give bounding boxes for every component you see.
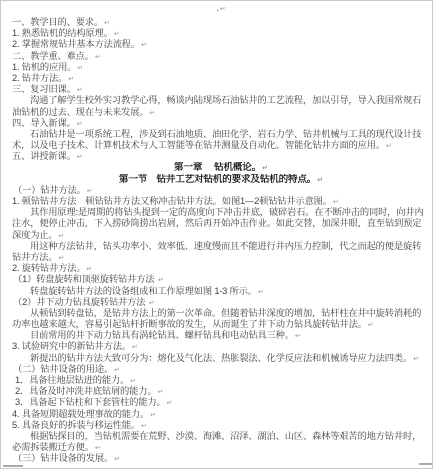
line-text: 五、讲授新课。 (12, 151, 76, 161)
document-text-block: .↵一、教学目的、要求。↵1. 熟悉钻机的结构原理。↵2. 掌握常规钻井基本方法… (1, 1, 432, 465)
text-line: 石油钻井是一项系统工程，涉及到石油地质、油田化学、岩石力学、钻井机械与工具的现代… (12, 129, 430, 140)
text-line: 三、复习旧课。↵ (12, 84, 430, 95)
paragraph-mark-icon: ↵ (258, 289, 264, 296)
text-line: 二、教学重、难点。↵ (12, 51, 430, 62)
line-text: 4. 具备短期超载处理事故的能力。 (12, 409, 149, 419)
line-text: 石油钻井是一项系统工程，涉及到石油地质、油田化学、岩石力学、钻井机械与工具的现代… (30, 129, 421, 139)
page-break-fragment-right (419, 463, 432, 465)
line-text: 1. 钻机的应用。 (12, 62, 76, 72)
paragraph-mark-icon: ↵ (167, 400, 173, 407)
document-page[interactable]: .↵一、教学目的、要求。↵1. 熟悉钻机的结构原理。↵2. 掌握常规钻井基本方法… (0, 0, 433, 469)
text-line: （三）钻井设备的发展。↵ (12, 453, 430, 464)
line-text: 其作用原理:是周期的将钻头提到一定的高度向下冲击井底，破碎岩石。在不断冲击的同时… (30, 207, 424, 217)
line-text: 从顿钻到转盘钻，是钻井方法上的第一次革命。但随着钻井深度的增加，钻杆柱在井中旋转… (30, 308, 421, 318)
text-line: 五、讲授新课。↵ (12, 151, 430, 162)
line-text: 3. 试验研究中的新钻井方法。 (12, 341, 131, 351)
text-line: 1. 熟悉钻机的结构原理。↵ (12, 28, 430, 39)
paragraph-mark-icon: ↵ (59, 233, 65, 240)
line-text: . (216, 3, 218, 13)
paragraph-mark-icon: ↵ (141, 42, 147, 49)
paragraph-mark-icon: ↵ (130, 378, 136, 385)
paragraph-mark-icon: ↵ (132, 344, 138, 351)
paragraph-mark-icon: ↵ (95, 54, 101, 61)
line-text: 二、教学重、难点。 (12, 51, 94, 61)
text-line: 功率也越来越大，容易引起钻杆折断事故的发生，从而诞生了井下动力钻具旋转钻井法。↵ (12, 319, 430, 330)
line-text: （一）钻井方法。 (13, 185, 86, 195)
line-text: 1. 顿钻钻井方法 顿钻钻井方法又称冲击钻井方法。如图1—2顿钻钻井示意图。 (12, 196, 332, 206)
line-text: （1）转盘旋转和顶驱旋转钻井方法 (13, 274, 157, 284)
heading-line: 第一节 钻井工艺对钻机的要求及钻机的特点。↵ (12, 174, 430, 185)
line-text: 1．具备往地层钻进的能力。 (15, 375, 129, 385)
text-line: 四、导入新课。↵ (12, 118, 430, 129)
text-line: 3. 试验研究中的新钻井方法。↵ (12, 341, 430, 352)
text-line: （1）转盘旋转和顶驱旋转钻井方法 ↵ (12, 274, 430, 285)
paragraph-mark-icon: ↵ (149, 110, 155, 117)
text-line: 2. 旋转钻井方法。↵ (12, 263, 430, 274)
line-text: 沟通了解学生校外实习教学心得，畅谈内陆现场石油钻井的工艺流程，加以引导，导入我国… (30, 95, 421, 105)
text-line: 其作用原理:是周期的将钻头提到一定的高度向下冲击井底，破碎岩石。在不断冲击的同时… (12, 207, 430, 218)
text-line: .↵ (12, 1, 430, 17)
paragraph-mark-icon: ↵ (86, 266, 92, 273)
line-text: （三）钻井设备的发展。 (13, 453, 113, 463)
paragraph-mark-icon: ↵ (87, 188, 93, 195)
paragraph-mark-icon: ↵ (114, 31, 120, 38)
line-text: 用这种方法钻井，钻头功率小、效率低、速度慢而且不能进行井内压力控制，代之而起的便… (30, 241, 421, 251)
line-text: 功率也越来越大，容易引起钻杆折断事故的发生，从而诞生了井下动力钻具旋转钻井法。 (12, 319, 367, 329)
text-line: 2. 钻井方法。↵ (12, 73, 430, 84)
paragraph-mark-icon: ↵ (59, 255, 65, 262)
line-text: 5. 具备良好的拆装与移运性能。 (12, 420, 140, 430)
text-line: 注水，便停止冲击，下入捞砂筒捞出岩屑，然后再开始冲击作业。如此交替，加深井眼，直… (12, 218, 430, 229)
line-text: 2. 掌握常规钻井基本方法流程。 (12, 39, 140, 49)
line-text: 深度为止。 (12, 230, 58, 240)
line-text: 必需拆装搬迁方便。 (12, 442, 94, 452)
text-line: （一）钻井方法。↵ (12, 185, 430, 196)
paragraph-mark-icon: ↵ (368, 322, 374, 329)
text-line: 2. 掌握常规钻井基本方法流程。↵ (12, 39, 430, 50)
text-line: 钻井方法。↵ (12, 252, 430, 263)
line-text: 第一章 钻机概论。 (174, 162, 261, 173)
line-text: （2）井下动力钻具旋转钻井方法 (13, 297, 148, 307)
paragraph-mark-icon: ↵ (77, 154, 83, 161)
line-text: 注水，便停止冲击，下入捞砂筒捞出岩屑，然后再开始冲击作业。如此交替，加深井眼，直… (12, 218, 421, 228)
text-line: 3．具备起下钻柱和下套管柱的能力。↵ (12, 397, 430, 408)
line-text: 根据钻探目的，当钻机需要在荒野、沙漠、海滩、沼泽、湖泊、山区、森林等艰苦的地方钻… (30, 431, 421, 441)
text-line: 用这种方法钻井，钻头功率小、效率低、速度慢而且不能进行井内压力控制，代之而起的便… (12, 241, 430, 252)
line-text: 3．具备起下钻柱和下套管柱的能力。 (15, 397, 166, 407)
paragraph-mark-icon: ↵ (114, 367, 120, 374)
paragraph-mark-icon: ↵ (158, 277, 164, 284)
line-text: （二）钻井设备的用途。 (13, 364, 113, 374)
text-line: 1. 钻机的应用。↵ (12, 62, 430, 73)
paragraph-mark-icon: ↵ (413, 356, 419, 363)
line-text: 第一节 钻井工艺对钻机的要求及钻机的特点。 (119, 174, 316, 185)
paragraph-mark-icon: ↵ (77, 87, 83, 94)
paragraph-mark-icon: ↵ (333, 199, 339, 206)
line-text: 转盘旋转钻井方法的设备组成和工作原理如图 1-3 所示。 (30, 286, 257, 296)
text-line: 根据钻探目的，当钻机需要在荒野、沙漠、海滩、沼泽、湖泊、山区、森林等艰苦的地方钻… (12, 431, 430, 442)
line-text: 2．具备及时冲洗井底钻屑的能力。 (15, 386, 156, 396)
paragraph-mark-icon: ↵ (149, 300, 155, 307)
paragraph-mark-icon: ↵ (295, 333, 301, 340)
paragraph-mark-icon: ↵ (114, 456, 120, 463)
line-text: 1. 熟悉钻机的结构原理。 (12, 28, 113, 38)
paragraph-mark-icon: ↵ (317, 177, 323, 184)
line-text: 术，以及电子技术、计算机技术与人工智能等在钻井测量及自动化、智能化钻井方面的应用… (12, 140, 385, 150)
text-line: 深度为止。↵ (12, 230, 430, 241)
paragraph-mark-icon: ↵ (77, 121, 83, 128)
text-line: 1. 顿钻钻井方法 顿钻钻井方法又称冲击钻井方法。如图1—2顿钻钻井示意图。↵ (12, 196, 430, 207)
line-text: 三、复习旧课。 (12, 84, 76, 94)
text-line: 目前常用的井下动力钻具有涡轮钻具、螺杆钻具和电动钻具三种。↵ (12, 330, 430, 341)
line-text: 2. 钻井方法。 (12, 73, 67, 83)
text-line: 转盘旋转钻井方法的设备组成和工作原理如图 1-3 所示。↵ (12, 286, 430, 297)
line-text: 油钻机的过去、现在与未来发展。 (12, 107, 148, 117)
text-line: 油钻机的过去、现在与未来发展。↵ (12, 107, 430, 118)
text-line: 必需拆装搬迁方便。↵ (12, 442, 430, 453)
heading-line: 第一章 钻机概论。↵ (12, 162, 430, 173)
paragraph-mark-icon: ↵ (150, 412, 156, 419)
text-line: 5. 具备良好的拆装与移运性能。↵ (12, 420, 430, 431)
paragraph-mark-icon: ↵ (141, 423, 147, 430)
paragraph-mark-icon: ↵ (104, 20, 110, 27)
paragraph-mark-icon: ↵ (68, 76, 74, 83)
text-line: 新提出的钻井方法大致可分为：熔化及气化法、热胀裂法、化学反应法和机械诱导应力法四… (12, 353, 430, 364)
paragraph-mark-icon: ↵ (386, 143, 392, 150)
text-line: 1．具备往地层钻进的能力。↵ (12, 375, 430, 386)
line-text: 2. 旋转钻井方法。 (12, 263, 85, 273)
paragraph-mark-icon: ↵ (220, 6, 226, 13)
paragraph-mark-icon: ↵ (262, 165, 268, 172)
text-line: 术，以及电子技术、计算机技术与人工智能等在钻井测量及自动化、智能化钻井方面的应用… (12, 140, 430, 151)
text-line: （二）钻井设备的用途。↵ (12, 364, 430, 375)
line-text: 钻井方法。 (12, 252, 58, 262)
line-text: 一、教学目的、要求。 (12, 17, 103, 27)
text-line: 沟通了解学生校外实习教学心得，畅谈内陆现场石油钻井的工艺流程，加以引导，导入我国… (12, 95, 430, 106)
text-line: 从顿钻到转盘钻，是钻井方法上的第一次革命。但随着钻井深度的增加，钻杆柱在井中旋转… (12, 308, 430, 319)
line-text: 新提出的钻井方法大致可分为：熔化及气化法、热胀裂法、化学反应法和机械诱导应力法四… (30, 353, 412, 363)
text-line: 一、教学目的、要求。↵ (12, 17, 430, 28)
line-text: 目前常用的井下动力钻具有涡轮钻具、螺杆钻具和电动钻具三种。 (30, 330, 294, 340)
text-line: 4. 具备短期超载处理事故的能力。↵ (12, 409, 430, 420)
text-line: 2．具备及时冲洗井底钻屑的能力。↵ (12, 386, 430, 397)
line-text: 四、导入新课。 (12, 118, 76, 128)
text-line: （2）井下动力钻具旋转钻井方法 ↵ (12, 297, 430, 308)
paragraph-mark-icon: ↵ (95, 445, 101, 452)
paragraph-mark-icon: ↵ (157, 389, 163, 396)
page-break-fragment-left (3, 465, 23, 467)
paragraph-mark-icon: ↵ (77, 65, 83, 72)
